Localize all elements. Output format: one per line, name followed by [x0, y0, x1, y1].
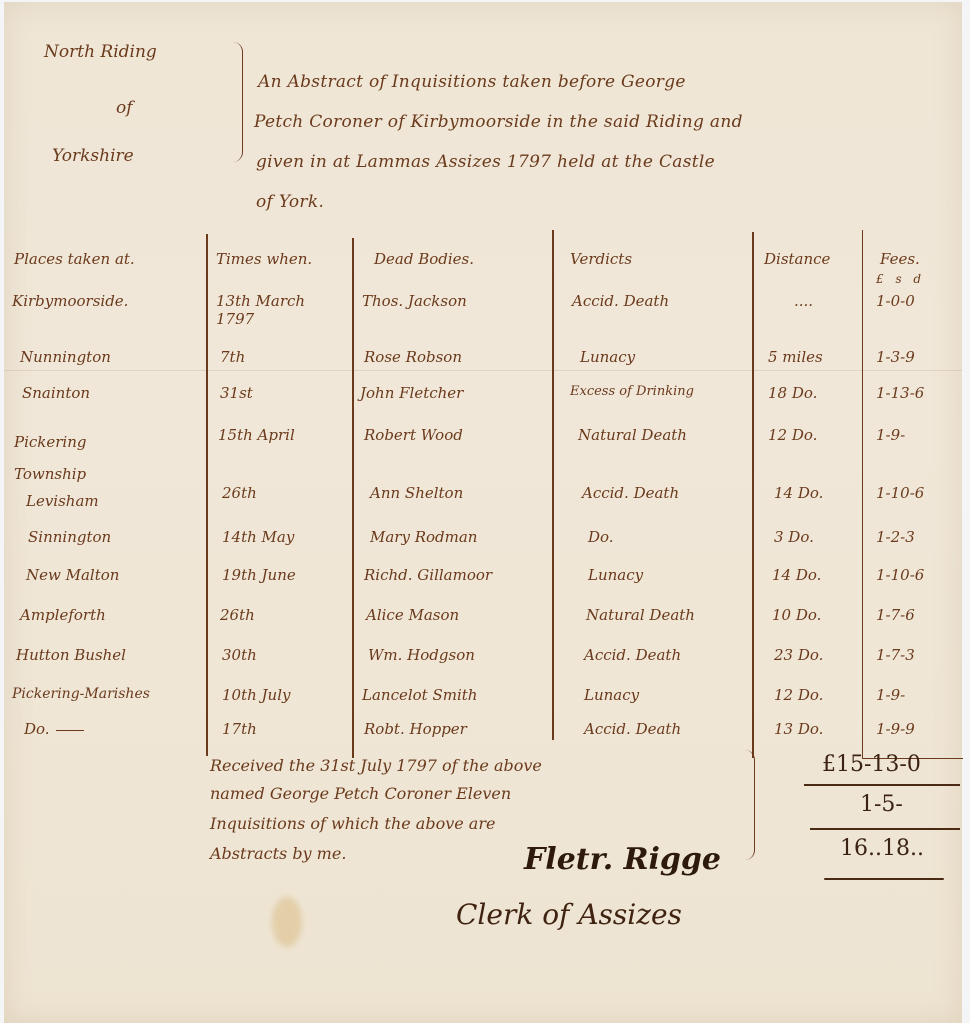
- column-header-verdicts: Verdicts: [570, 250, 632, 268]
- cell-fee: 1-2-3: [876, 528, 915, 546]
- heading-line-3: given in at Lammas Assizes 1797 held at …: [256, 152, 715, 172]
- cell-verdict: Lunacy: [588, 566, 643, 584]
- signature: Fletr. Rigge: [524, 842, 721, 877]
- cell-verdict: Lunacy: [584, 686, 639, 704]
- cell-place: Sinnington: [28, 528, 111, 546]
- cell-place: Nunnington: [20, 348, 111, 366]
- totals-rule: [810, 828, 960, 830]
- cell-distance: 10 Do.: [772, 606, 821, 624]
- cell-distance: 13 Do.: [774, 720, 823, 738]
- cell-fee: 1-10-6: [876, 566, 924, 584]
- cell-place: New Malton: [26, 566, 119, 584]
- cell-fee: 1-7-3: [876, 646, 915, 664]
- cell-time: 7th: [220, 348, 245, 366]
- column-header-distance: Distance: [764, 250, 830, 268]
- totals-rule: [804, 784, 960, 786]
- cell-verdict: Excess of Drinking: [570, 384, 694, 399]
- county-line-1: North Riding: [44, 44, 157, 61]
- paper-stain: [272, 897, 302, 947]
- column-header-place: Places taken at.: [14, 250, 135, 268]
- column-divider: [752, 232, 754, 758]
- column-header-time: Times when.: [216, 250, 312, 268]
- cell-body: Ann Shelton: [370, 484, 463, 502]
- cell-body: Alice Mason: [366, 606, 459, 624]
- fees-total: 16..18..: [840, 836, 924, 861]
- fold-line: [4, 370, 962, 371]
- cell-fee: 1-0-0: [876, 292, 915, 310]
- cell-place: Pickering-Marishes: [12, 686, 150, 702]
- cell-verdict: Lunacy: [580, 348, 635, 366]
- cell-body: Lancelot Smith: [362, 686, 477, 704]
- fee-units: £ s d: [876, 272, 925, 286]
- cell-distance: 12 Do.: [774, 686, 823, 704]
- cell-body: Richd. Gillamoor: [364, 566, 492, 584]
- cell-body: Mary Rodman: [370, 528, 477, 546]
- receipt-line-3: Inquisitions of which the above are: [210, 814, 495, 833]
- cell-distance: 18 Do.: [768, 384, 817, 402]
- heading-line-4: of York.: [256, 192, 324, 212]
- cell-place: Snainton: [22, 384, 90, 402]
- cell-body: Thos. Jackson: [362, 292, 467, 310]
- receipt-line-2: named George Petch Coroner Eleven: [210, 784, 511, 803]
- cell-fee: 1-10-6: [876, 484, 924, 502]
- cell-time: 10th July: [222, 686, 291, 704]
- cell-fee: 1-9-: [876, 426, 905, 444]
- cell-verdict: Accid. Death: [582, 484, 679, 502]
- cell-time: 26th: [222, 484, 257, 502]
- cell-distance: 3 Do.: [774, 528, 814, 546]
- cell-time: 30th: [222, 646, 257, 664]
- cell-place: Levisham: [26, 492, 99, 510]
- receipt-line-4: Abstracts by me.: [210, 844, 346, 863]
- cell-place: Pickering Township: [14, 426, 124, 490]
- cell-place: Ampleforth: [20, 606, 106, 624]
- cell-verdict: Accid. Death: [584, 720, 681, 738]
- cell-time: 15th April: [218, 426, 295, 444]
- fees-subtotal: £15-13-0: [822, 752, 921, 777]
- cell-body: Robt. Hopper: [364, 720, 467, 738]
- cell-distance: 23 Do.: [774, 646, 823, 664]
- cell-body: Robert Wood: [364, 426, 463, 444]
- cell-distance: 12 Do.: [768, 426, 817, 444]
- cell-place: Do.: [24, 720, 84, 738]
- cell-time: 26th: [220, 606, 255, 624]
- cell-distance: ....: [794, 292, 813, 310]
- document-sheet: North Riding of Yorkshire An Abstract of…: [4, 2, 962, 1023]
- cell-verdict: Accid. Death: [572, 292, 669, 310]
- cell-fee: 1-9-: [876, 686, 905, 704]
- county-line-3: Yorkshire: [52, 148, 134, 165]
- cell-verdict: Accid. Death: [584, 646, 681, 664]
- cell-fee: 1-7-6: [876, 606, 915, 624]
- cell-time: 17th: [222, 720, 257, 738]
- cell-place: Kirbymoorside.: [12, 292, 128, 310]
- heading-line-2: Petch Coroner of Kirbymoorside in the sa…: [254, 112, 743, 132]
- cell-time: 31st: [220, 384, 253, 402]
- column-divider: [552, 230, 554, 740]
- receipt-line-1: Received the 31st July 1797 of the above: [210, 756, 542, 775]
- cell-distance: 14 Do.: [772, 566, 821, 584]
- cell-distance: 5 miles: [768, 348, 823, 366]
- cell-verdict: Natural Death: [578, 426, 687, 444]
- fees-addition: 1-5-: [860, 792, 903, 817]
- column-divider: [206, 234, 208, 756]
- cell-distance: 14 Do.: [774, 484, 823, 502]
- column-header-fees: Fees.: [880, 250, 920, 268]
- cell-fee: 1-13-6: [876, 384, 924, 402]
- cell-place: Hutton Bushel: [16, 646, 126, 664]
- cell-time: 19th June: [222, 566, 296, 584]
- totals-underline: [824, 878, 944, 880]
- cell-verdict: Natural Death: [586, 606, 695, 624]
- receipt-brace: [744, 750, 755, 860]
- cell-fee: 1-3-9: [876, 348, 915, 366]
- signature-title: Clerk of Assizes: [456, 898, 682, 931]
- cell-time: 14th May: [222, 528, 294, 546]
- column-divider: [352, 238, 354, 758]
- cell-time: 13th March 1797: [216, 292, 326, 328]
- cell-fee: 1-9-9: [876, 720, 915, 738]
- county-line-2: of: [116, 100, 133, 117]
- cell-body: John Fletcher: [360, 384, 463, 402]
- header-brace: [230, 42, 243, 162]
- cell-verdict: Do.: [588, 528, 614, 546]
- column-header-bodies: Dead Bodies.: [374, 250, 474, 268]
- heading-line-1: An Abstract of Inquisitions taken before…: [258, 72, 686, 92]
- cell-body: Wm. Hodgson: [368, 646, 475, 664]
- cell-body: Rose Robson: [364, 348, 462, 366]
